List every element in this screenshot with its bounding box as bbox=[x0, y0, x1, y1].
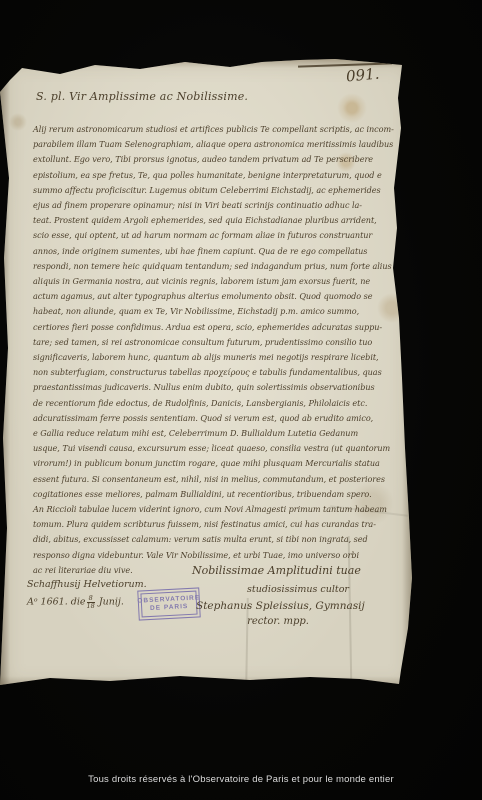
manuscript-line: extollunt. Ego vero, Tibi prorsus ignotu… bbox=[33, 152, 405, 167]
manuscript-line: significaveris, laborem hunc, quantum ab… bbox=[33, 350, 405, 365]
manuscript-line: tomum. Plura quidem scribturus fuissem, … bbox=[33, 517, 405, 532]
manuscript-line: de recentiorum fide edoctus, de Rudolfin… bbox=[33, 396, 405, 411]
manuscript-line: e Gallia reduce relatum mihi est, Celebe… bbox=[33, 426, 405, 441]
manuscript-line: cogitationes esse meliores, palmam Bulli… bbox=[33, 487, 405, 502]
manuscript-line: certiores fieri posse confidimus. Ardua … bbox=[33, 320, 405, 335]
manuscript-line: respondi, non temere heic quidquam tenta… bbox=[33, 259, 405, 274]
crease-mark bbox=[245, 598, 249, 684]
dateline-block: Schaffhusij Helvetiorum. Aᵒ 1661. die818… bbox=[27, 578, 147, 610]
paraph-flourish-icon bbox=[254, 692, 284, 710]
manuscript-line: usque, Tui visendi causa, excursurum ess… bbox=[33, 441, 405, 456]
date-line: Aᵒ 1661. die818 Junij. bbox=[27, 595, 147, 610]
date-fraction: 818 bbox=[87, 595, 95, 609]
signature-name: Stephanus Spleissius, Gymnasij bbox=[196, 600, 404, 613]
manuscript-photo: 091. S. pl. Vir Amplissime ac Nobilissim… bbox=[0, 0, 482, 800]
date-fraction-denominator: 18 bbox=[87, 603, 95, 610]
manuscript-line: scio esse, qui optent, ut ad harum norma… bbox=[33, 228, 405, 243]
ink-blot bbox=[314, 681, 328, 688]
manuscript-line: ejus ad finem properare opinamur; nisi i… bbox=[33, 198, 405, 213]
manuscript-line: praestantissimas judicaveris. Nullus eni… bbox=[33, 380, 405, 395]
manuscript-line: aliquis in Germania nostra, aut vicinis … bbox=[33, 274, 405, 289]
manuscript-line: actum agamus, aut alter typographus alte… bbox=[33, 289, 405, 304]
devotion-line: studiosissimus cultor bbox=[192, 584, 404, 595]
salutation-line: S. pl. Vir Amplissime ac Nobilissime. bbox=[36, 90, 248, 103]
manuscript-line: essent futura. Si consentaneum est, nihi… bbox=[33, 472, 405, 487]
letter-page: 091. S. pl. Vir Amplissime ac Nobilissim… bbox=[0, 58, 414, 690]
manuscript-line: epistolium, ea spe fretus, Te, qua polle… bbox=[33, 168, 405, 183]
manuscript-line: annos, inde originem sumentes, ubi hae f… bbox=[33, 244, 405, 259]
manuscript-line: teat. Prostent quidem Argoli ephemerides… bbox=[33, 213, 405, 228]
manuscript-line: non subterfugiam, constructurus tabellas… bbox=[33, 365, 405, 380]
manuscript-line: habeat, non aliunde, quam ex Te, Vir Nob… bbox=[33, 304, 405, 319]
manuscript-line: parabilem illam Tuam Selenographiam, ali… bbox=[33, 137, 405, 152]
copyright-caption: Tous droits réservés à l'Observatoire de… bbox=[0, 773, 482, 787]
folio-number: 091. bbox=[345, 67, 380, 85]
date-prefix: Aᵒ 1661. die bbox=[27, 597, 86, 608]
signature-block: Nobilissimae Amplitudini tuae studiosiss… bbox=[192, 564, 404, 628]
manuscript-line: virorum!) in publicum bonum junctim roga… bbox=[33, 456, 405, 471]
date-suffix: Junij. bbox=[99, 597, 124, 608]
manuscript-line: adcuratissimam ferre possis sententiam. … bbox=[33, 411, 405, 426]
address-line: Nobilissimae Amplitudini tuae bbox=[192, 564, 404, 577]
signature-title: rector. mpp. bbox=[192, 616, 364, 628]
place-line: Schaffhusij Helvetiorum. bbox=[27, 578, 147, 592]
manuscript-line: tare; sed tamen, si rei astronomicae con… bbox=[33, 335, 405, 350]
manuscript-line: summo affectu proficiscitur. Lugemus obi… bbox=[33, 183, 405, 198]
stamp-line-2: DE PARIS bbox=[150, 603, 189, 613]
manuscript-line: Alij rerum astronomicarum studiosi et ar… bbox=[33, 122, 405, 137]
